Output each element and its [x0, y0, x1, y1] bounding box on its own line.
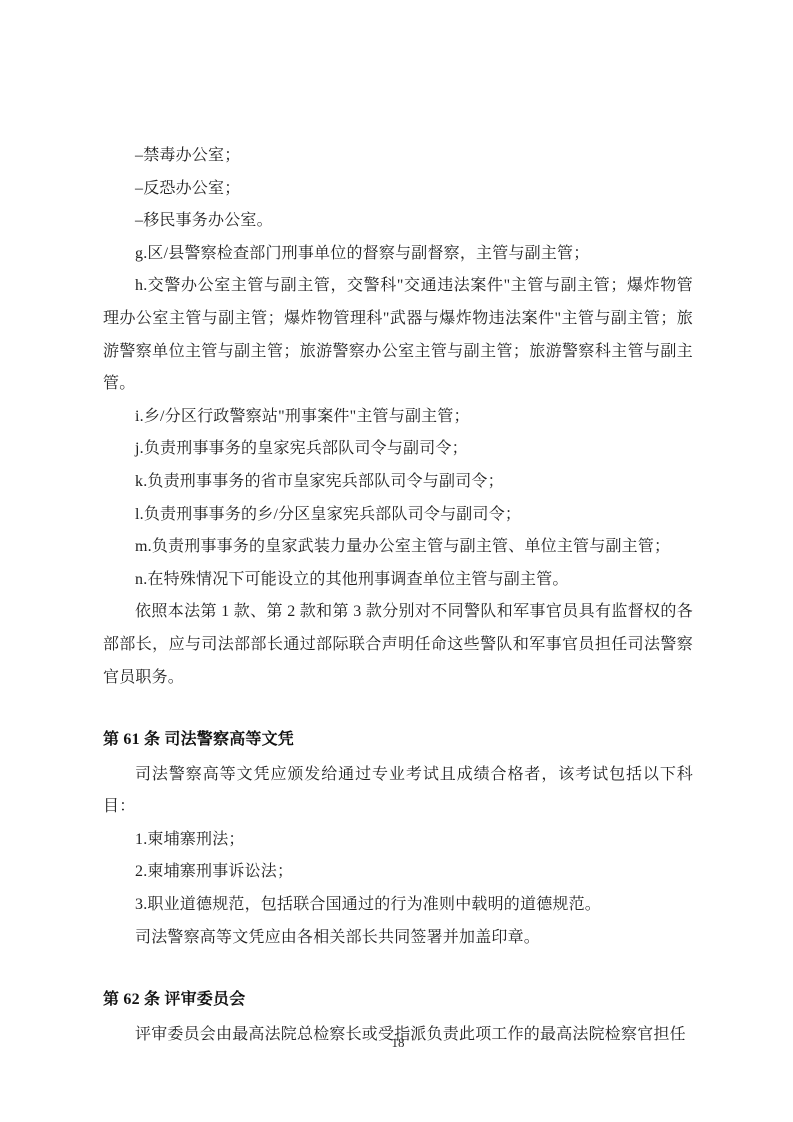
dash-item-immigration-office: –移民事务办公室。 [103, 205, 693, 238]
list-item-i: i.乡/分区行政警察站"刑事案件"主管与副主管； [103, 401, 693, 434]
article-61-subject-1: 1.柬埔寨刑法； [103, 824, 693, 857]
page-number: 18 [103, 1035, 693, 1051]
article-61-closing: 司法警察高等文凭应由各相关部长共同签署并加盖印章。 [103, 922, 693, 955]
list-item-m: m.负责刑事事务的皇家武装力量办公室主管与副主管、单位主管与副主管； [103, 531, 693, 564]
article-61-intro: 司法警察高等文凭应颁发给通过专业考试且成绩合格者，该考试包括以下科目： [103, 759, 693, 824]
list-item-k: k.负责刑事事务的省市皇家宪兵部队司令与副司令； [103, 466, 693, 499]
appointment-paragraph: 依照本法第 1 款、第 2 款和第 3 款分别对不同警队和军事官员具有监督权的各… [103, 596, 693, 694]
list-item-g: g.区/县警察检查部门刑事单位的督察与副督察，主管与副主管； [103, 238, 693, 271]
dash-item-counter-terror-office: –反恐办公室； [103, 173, 693, 206]
article-61-subject-2: 2.柬埔寨刑事诉讼法； [103, 856, 693, 889]
document-body: –禁毒办公室； –反恐办公室； –移民事务办公室。 g.区/县警察检查部门刑事单… [103, 140, 693, 1051]
document-page: –禁毒办公室； –反恐办公室； –移民事务办公室。 g.区/县警察检查部门刑事单… [0, 0, 793, 1122]
dash-item-anti-drug-office: –禁毒办公室； [103, 140, 693, 173]
article-61-subject-3: 3.职业道德规范，包括联合国通过的行为准则中载明的道德规范。 [103, 889, 693, 922]
list-item-n: n.在特殊情况下可能设立的其他刑事调查单位主管与副主管。 [103, 564, 693, 597]
list-item-l: l.负责刑事事务的乡/分区皇家宪兵部队司令与副司令； [103, 499, 693, 532]
article-62-heading: 第 62 条 评审委员会 [103, 984, 693, 1017]
list-item-h: h.交警办公室主管与副主管，交警科"交通违法案件"主管与副主管；爆炸物管理办公室… [103, 270, 693, 400]
list-item-j: j.负责刑事事务的皇家宪兵部队司令与副司令； [103, 433, 693, 466]
article-61-heading: 第 61 条 司法警察高等文凭 [103, 724, 693, 757]
